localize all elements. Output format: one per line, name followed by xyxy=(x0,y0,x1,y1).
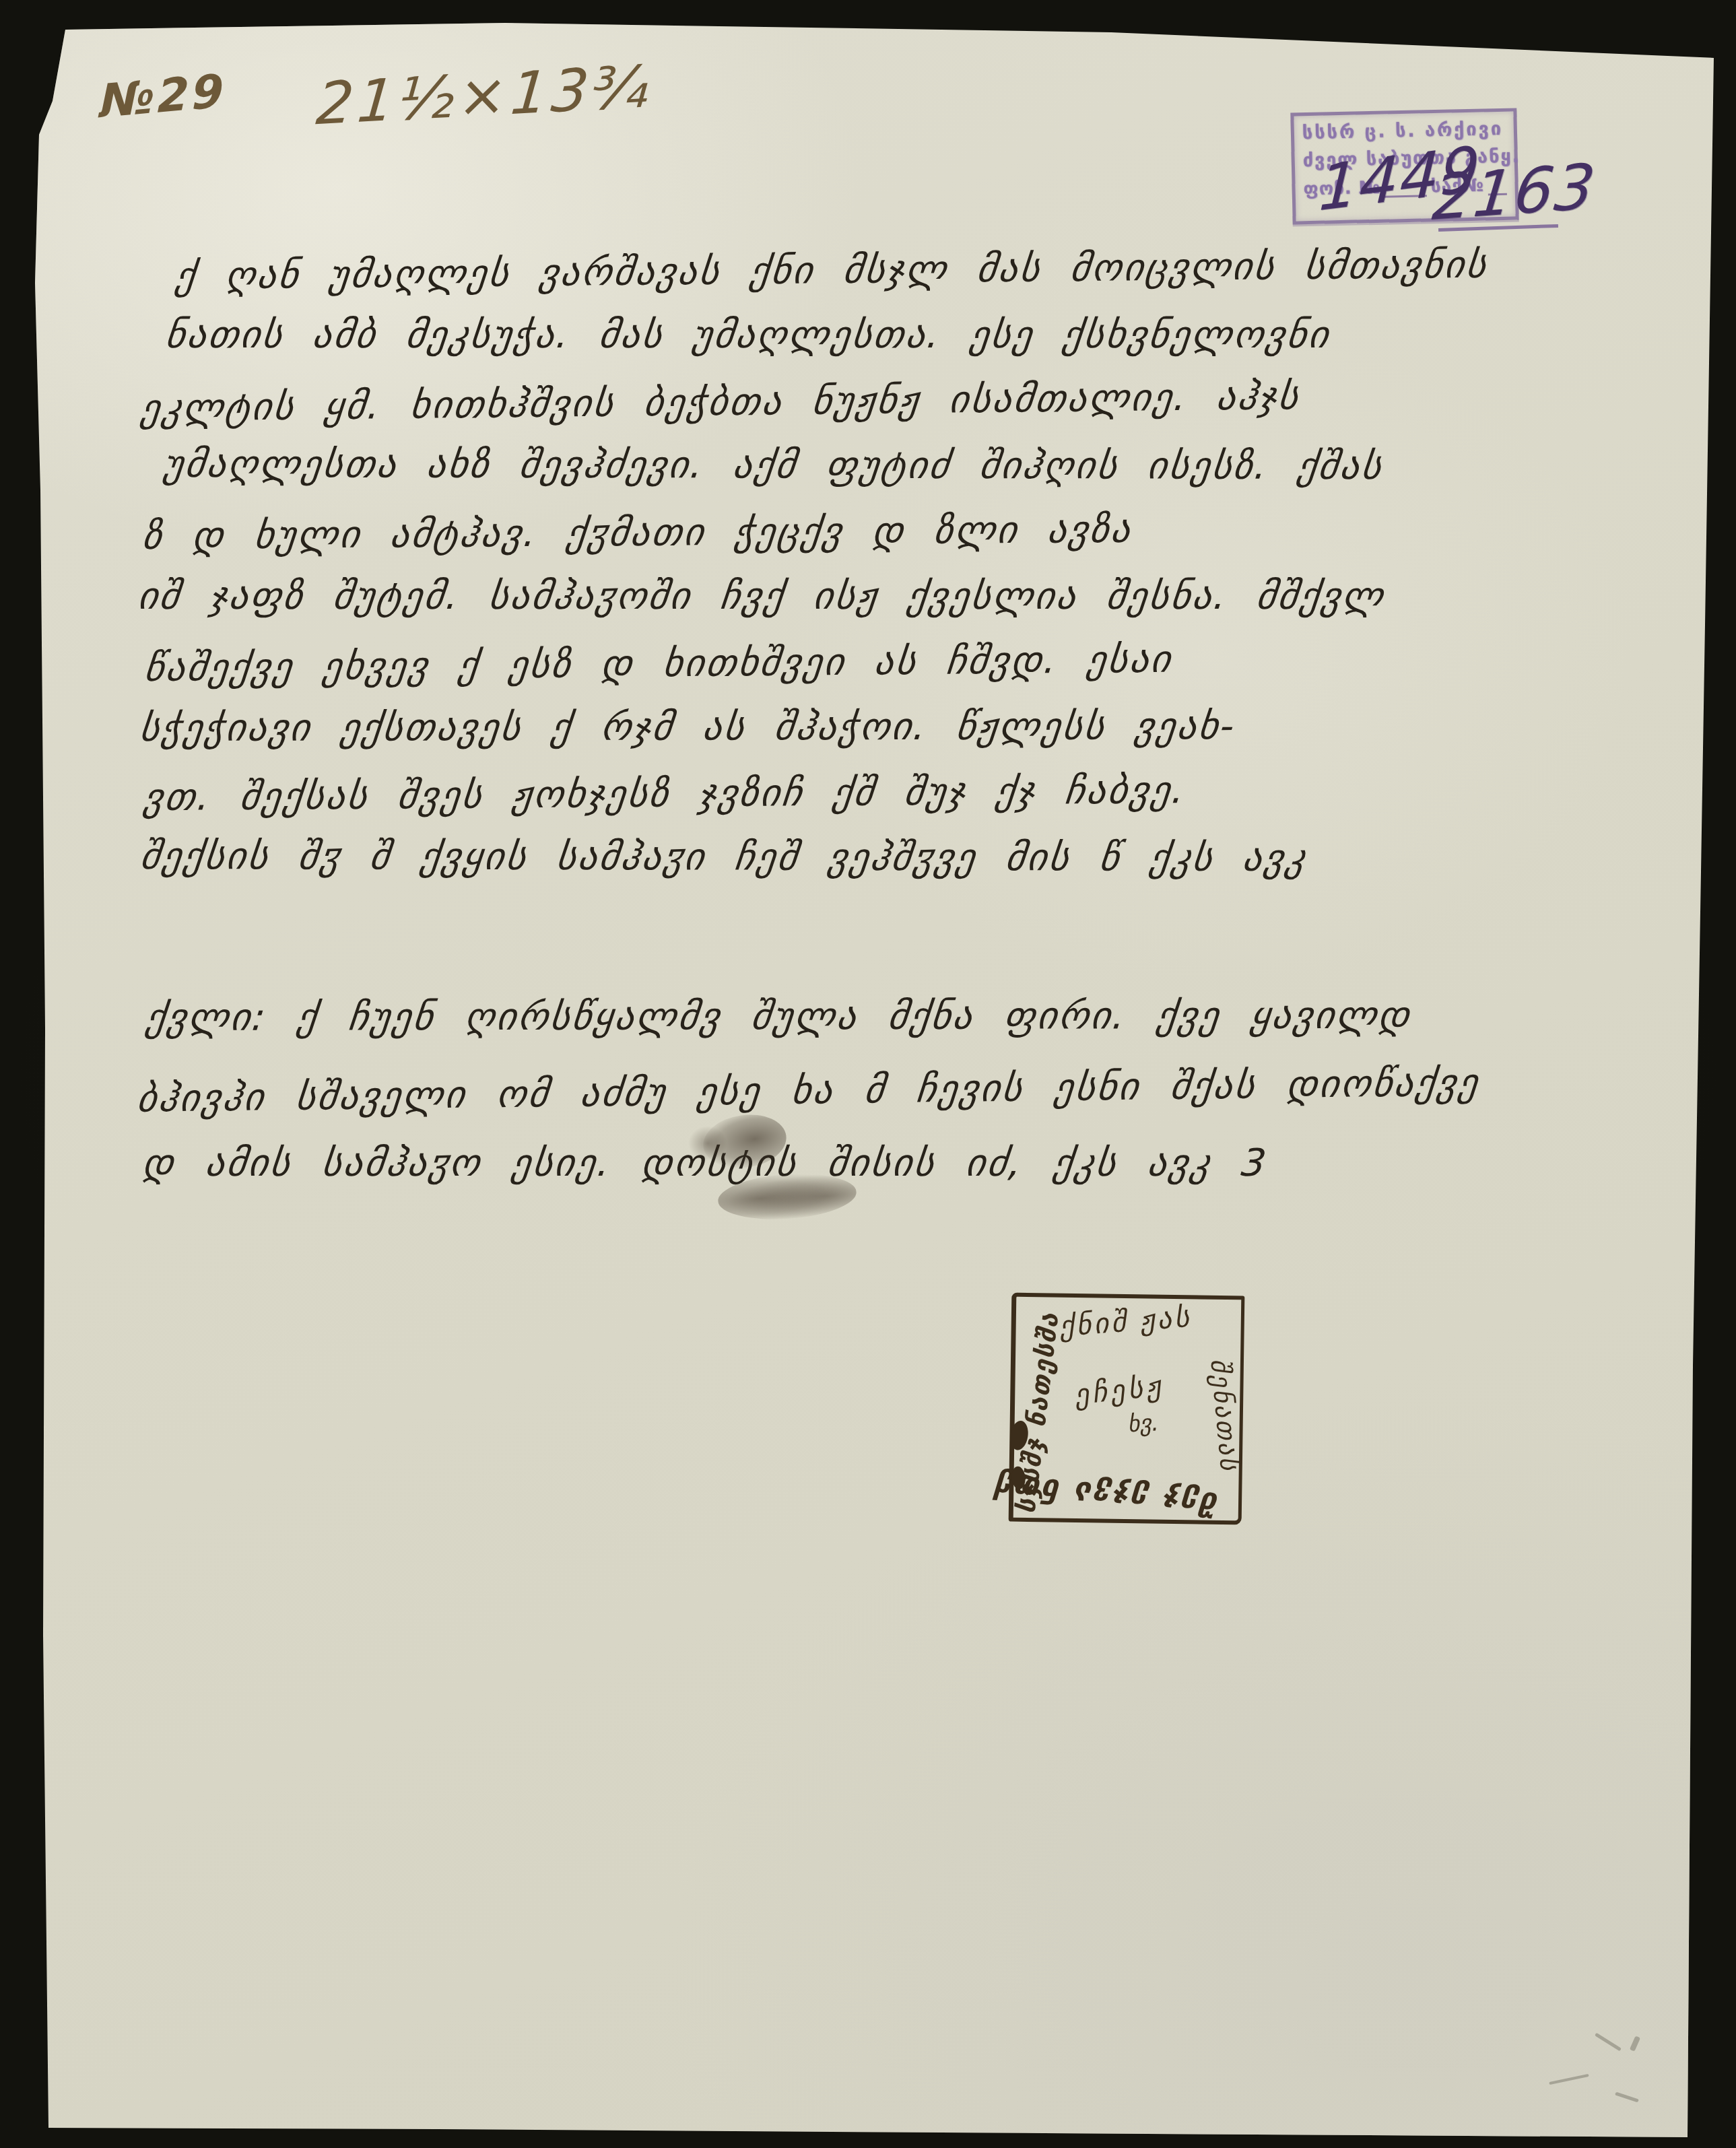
text-line-7: წაშექვე ეხვევ ქ ესზ დ ხითხშვეი ას ჩშვდ. … xyxy=(141,622,1698,701)
page-number-annotation: №29 xyxy=(100,65,227,129)
text-line-8: სჭეჭიავი ექსთავეს ქ რჯმ ას შჰაჭოი. წჟლეს… xyxy=(136,693,1698,761)
text-line-2: ნათის ამბ მეკსუჭა. მას უმაღლესთა. ესე ქს… xyxy=(162,302,1696,368)
text-line-1: ქ ღან უმაღლეს ვარშავას ქნი მსჯლ მას მოიც… xyxy=(172,230,1696,309)
seal-drawing: ქნიშ ჟას სჯსშჯ ნათესშა შენათას შეჯ ეჯვა … xyxy=(1009,1293,1245,1525)
text-line-10: შექსის შჳ შ ქვყის სამჰაჳი ჩეშ ვეჰშჳვე მი… xyxy=(137,824,1698,892)
seal-center-text: ხვ. xyxy=(1127,1409,1160,1438)
text-line-3: ეკლტის ყმ. ხითხჰშვის ბეჭბთა ნუჟნჟ ისამთა… xyxy=(137,360,1698,441)
seal-center-text: ეჩესჟ xyxy=(1073,1369,1166,1411)
text-line-6: იშ ჯაფზ შუტემ. სამჰაჳოში ჩვქ ისჟ ქვესლია… xyxy=(135,564,1698,629)
letter-body: ქ ღან უმაღლეს ვარშავას ქნი მსჯლ მას მოიც… xyxy=(137,234,1694,893)
text-line-5: ზ დ ხული ამტჰავ. ქჳმათი ჭეცქვ დ ზლი ავზა xyxy=(139,493,1698,569)
scan-background: №29 21½×13¾ სსსრ ც. ს. არქივი ძველ საბუთ… xyxy=(0,0,1736,2148)
seal-bottom-text: შეჯ ეჯვა ნთქ xyxy=(1042,1471,1220,1522)
text-line-4: უმაღლესთა ახზ შევჰძევი. აქმ ფუტიძ შიჰღის… xyxy=(160,432,1697,500)
text-line-9: ვთ. შექსას შვეს ჟოხჯესზ ჯვზიჩ ქშ შუჯ ქჯ … xyxy=(140,754,1698,830)
postscript-line-2: ბჰივჰი სშაველი ომ აძმუ ესე ხა მ ჩევის ეს… xyxy=(133,1044,1651,1135)
doc-number-handwritten: 2163 xyxy=(1430,150,1600,234)
postscript-line-1: ქვლი: ქ ჩუენ ღირსწყალმვ შულა მქნა ფირი. … xyxy=(141,978,1650,1054)
postscript: ქვლი: ქ ჩუენ ღირსწყალმვ შულა მქნა ფირი. … xyxy=(137,976,1647,1204)
postscript-line-3: დ ამის სამჰაჳო ესიე. დოსტის შისის იძ, ქკ… xyxy=(139,1127,1651,1200)
seal-top-text: ქნიშ ჟას xyxy=(1058,1300,1193,1343)
